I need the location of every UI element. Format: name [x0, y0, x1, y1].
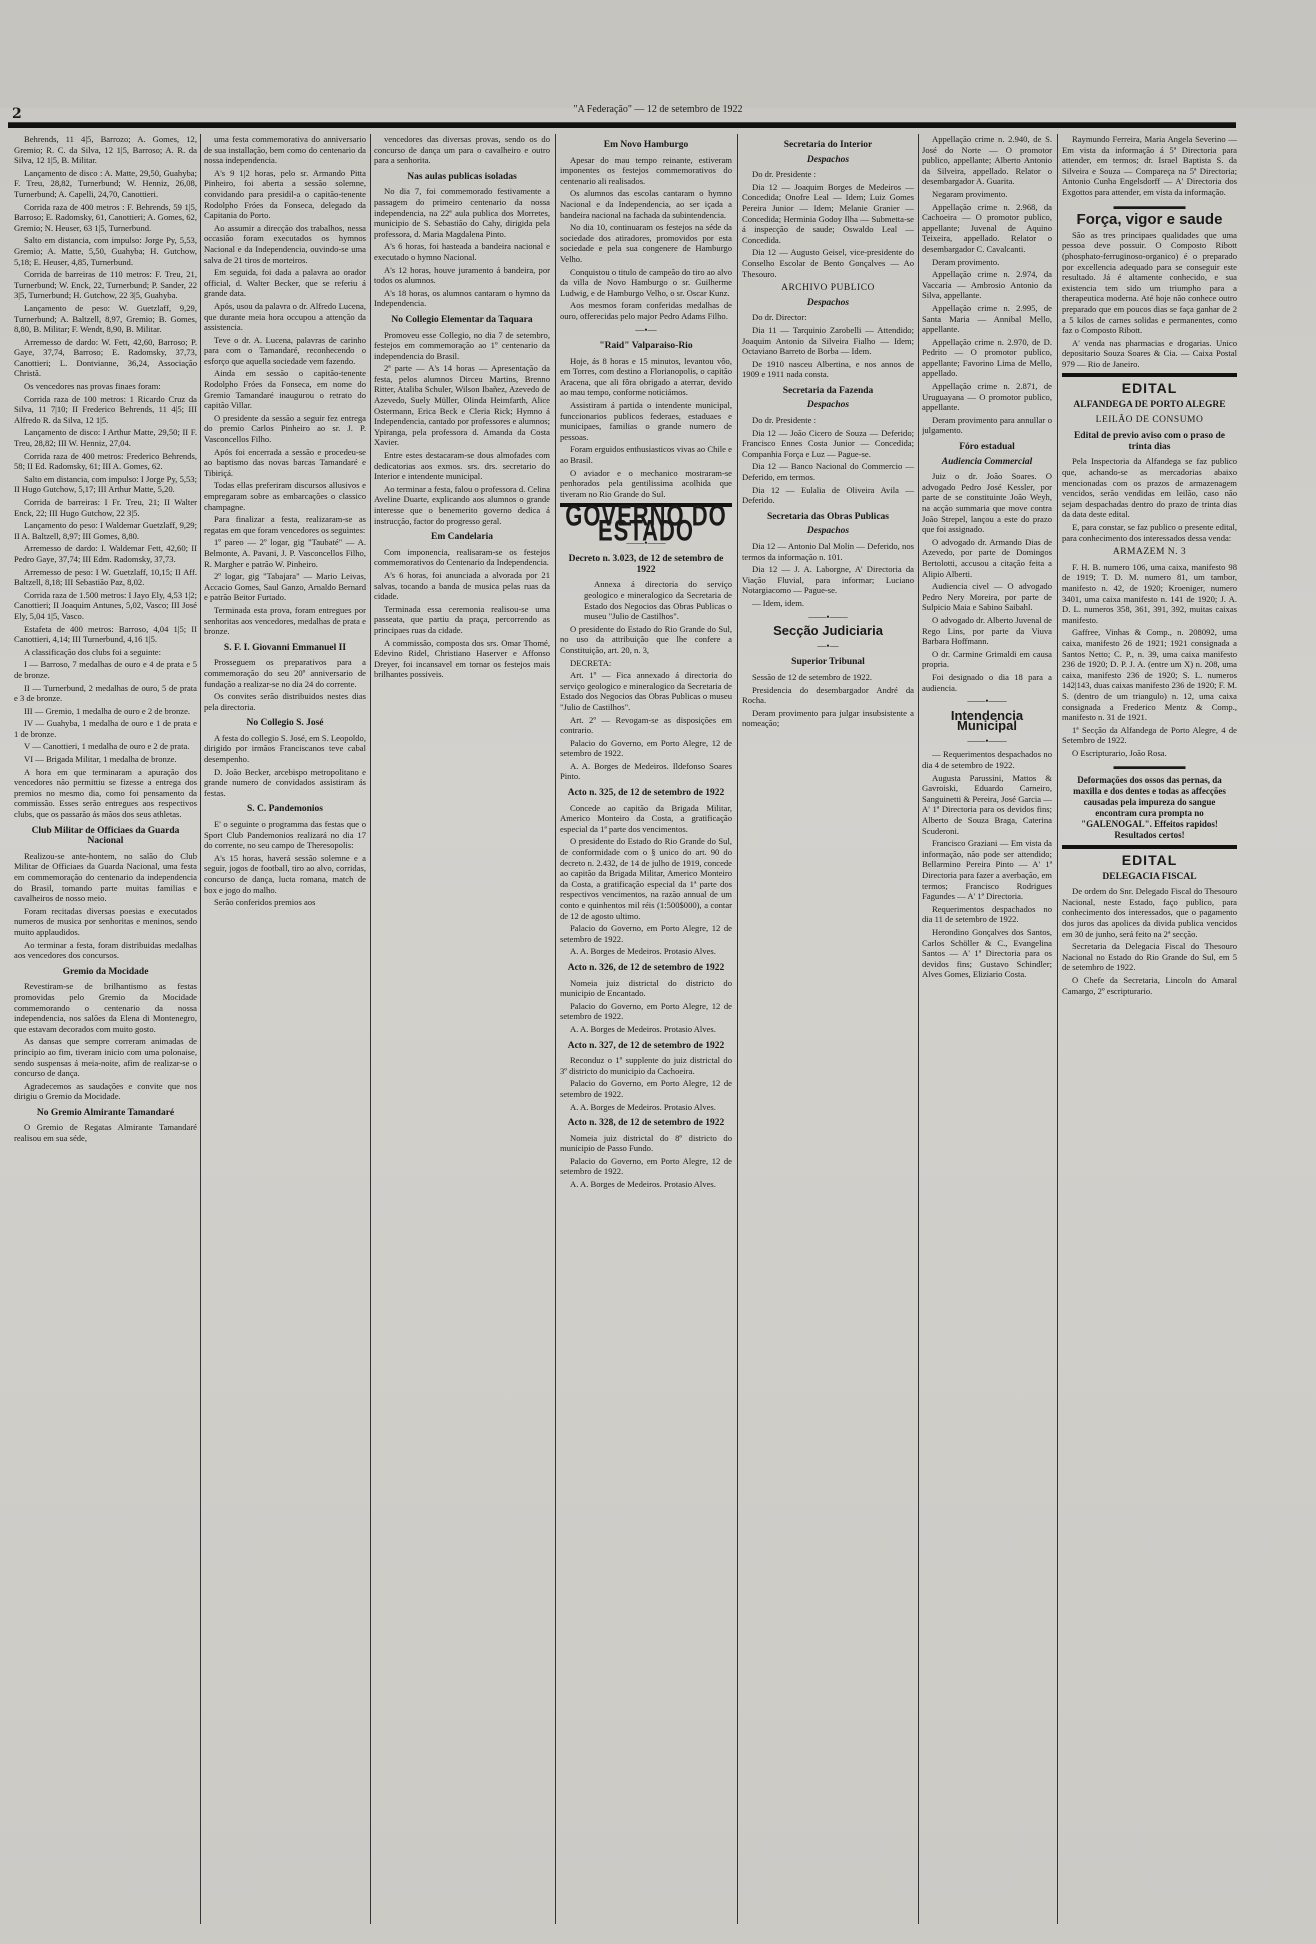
paragraph: Corrida raza de 100 metros: 1 Ricardo Cr… [14, 394, 197, 426]
paragraph: A's 18 horas, os alumnos cantaram o hymn… [374, 288, 550, 309]
paragraph: Promoveu esse Collegio, no dia 7 de sete… [374, 330, 550, 362]
paragraph: Palacio do Governo, em Porto Alegre, 12 … [560, 1001, 732, 1022]
paragraph: Raymundo Ferreira, Maria Angela Severino… [1062, 134, 1237, 198]
paragraph: Entre estes destacaram-se dous almofades… [374, 450, 550, 482]
gremio-mocidade-article: Revestiram-se de brilhantismo as festas … [14, 981, 197, 1102]
paragraph: Pela Inspectoria da Alfandega se faz pub… [1062, 456, 1237, 520]
alfandega-text: Pela Inspectoria da Alfandega se faz pub… [1062, 456, 1237, 543]
paragraph: Revestiram-se de brilhantismo as festas … [14, 981, 197, 1034]
paragraph: Nomeia juiz districtal do 8º districto d… [560, 1133, 732, 1154]
ad-galenogal: Deformações dos ossos das pernas, da max… [1062, 775, 1237, 841]
heading-armazem: ARMAZEM N. 3 [1062, 547, 1237, 558]
ornament-divider: ——•—— [922, 736, 1052, 747]
column-6: Appellação crime n. 2.940, de S. José do… [922, 134, 1052, 1919]
paragraph: Deram provimento para julgar insubsisten… [742, 708, 914, 729]
act-326-title: Acto n. 326, de 12 de setembro de 1922 [560, 963, 732, 974]
taquara-article: Promoveu esse Collegio, no dia 7 de sete… [374, 330, 550, 527]
paragraph: Arremesso de dardo: W. Fett, 42,60, Barr… [14, 337, 197, 379]
paragraph: Lançamento de peso: W. Guetzlaff, 9,29, … [14, 303, 197, 335]
edital-heading: EDITAL [1062, 383, 1237, 394]
paragraph: Foi designado o dia 18 para a audiencia. [922, 672, 1052, 693]
paragraph: Apesar do mau tempo reinante, estiveram … [560, 155, 732, 187]
heading-foro-estadual: Fóro estadual [922, 442, 1052, 453]
paragraph: A's 15 horas, haverá sessão solemne e a … [204, 853, 366, 895]
paragraph: Corrida raza de 400 metros : F. Behrends… [14, 202, 197, 234]
paragraph: 2ª parte — A's 14 horas — Apresentação d… [374, 363, 550, 448]
paragraph: Appellação crime n. 2.871, de Uruguayana… [922, 381, 1052, 413]
delegacia-text: De ordem do Snr. Delegado Fiscal do Thes… [1062, 886, 1237, 996]
paragraph: A. A. Borges de Medeiros. Protasio Alves… [560, 946, 732, 957]
heading-seccao-judiciaria: Secção Judiciaria [742, 626, 914, 637]
paragraph: Dia 12 — Banco Nacional do Commercio — D… [742, 461, 914, 482]
ornament-divider: —•— [742, 641, 914, 652]
paragraph: 1º pareo — 2º logar, gig "Taubaté" — A. … [204, 537, 366, 569]
paragraph: Com imponencia, realisaram-se os festejo… [374, 547, 550, 568]
pandemonios-article: E' o seguinte o programma das festas que… [204, 819, 366, 908]
heading-leilao: LEILÃO DE CONSUMO [1062, 415, 1237, 426]
paragraph: Ao terminar a festa, falou o professora … [374, 484, 550, 526]
paragraph: Aos mesmos foram conferidas medalhas de … [560, 300, 732, 321]
paragraph: vencedores das diversas provas, sendo os… [374, 134, 550, 166]
paragraph: A. A. Borges de Medeiros. Protasio Alves… [560, 1024, 732, 1035]
paragraph: Presidencia do desembargador André da Ro… [742, 685, 914, 706]
decree-text: O presidente do Estado do Rio Grande do … [560, 624, 732, 782]
heading-pandemonios: S. C. Pandemonios [204, 804, 366, 815]
paragraph: Corrida raza de 400 metros: Frederico Be… [14, 451, 197, 472]
audiencia-commercial-label: Audiencia Commercial [922, 457, 1052, 468]
candelaria-article: Com imponencia, realisaram-se os festejo… [374, 547, 550, 680]
paragraph: Dia 12 — Eulalia de Oliveira Avila — Def… [742, 485, 914, 506]
paragraph: Todas ellas preferiram discursos allusiv… [204, 480, 366, 512]
paragraph: Appellação crime n. 2.968, da Cachoeira … [922, 202, 1052, 255]
paragraph: Foram erguidos enthusiasticos vivas ao C… [560, 444, 732, 465]
continuation-text: vencedores das diversas provas, sendo os… [374, 134, 550, 166]
paragraph: Negaram provimento. [922, 189, 1052, 200]
paragraph: F. H. B. numero 106, uma caixa, manifest… [1062, 562, 1237, 626]
paragraph: Requerimentos despachados no dia 11 de s… [922, 904, 1052, 925]
paragraph: A commissão, composta dos srs. Omar Thom… [374, 638, 550, 680]
heading-secretaria-fazenda: Secretaria da Fazenda [742, 386, 914, 397]
heading-raid: "Raid" Valparaiso-Rio [560, 341, 732, 352]
paragraph: Foram recitadas diversas poesias e execu… [14, 906, 197, 938]
paragraph: — Requerimentos despachados no dia 4 de … [922, 749, 1052, 770]
newspaper-page: 2 "A Federação" — 12 de setembro de 1922… [0, 0, 1316, 1944]
ornament-divider: ▬▬▬▬▬▬▬▬ [1062, 761, 1237, 772]
column-divider [1057, 134, 1058, 1924]
do-presidente-label: Do dr. Presidente : [742, 415, 914, 426]
act-327-text: Reconduz o 1º supplente do juiz district… [560, 1055, 732, 1112]
paragraph: A's 12 horas, houve juramento á bandeira… [374, 265, 550, 286]
paragraph: Reconduz o 1º supplente do juiz district… [560, 1055, 732, 1076]
governo-estado-banner: GOVERNO DO ESTADO [560, 510, 732, 539]
paragraph: — Idem, idem. [742, 598, 914, 609]
armazem-text: F. H. B. numero 106, uma caixa, manifest… [1062, 562, 1237, 759]
paragraph: DECRETA: [560, 658, 732, 669]
interior-despachos: Dia 12 — Joaquim Borges de Medeiros — Co… [742, 182, 914, 279]
section-rule [1062, 373, 1237, 377]
paragraph: Após foi encerrada a sessão e procedeu-s… [204, 447, 366, 479]
ornament-divider: ——•—— [922, 696, 1052, 707]
paragraph: O presidente do Estado do Rio Grande do … [560, 624, 732, 656]
paragraph: Ao terminar a festa, foram distribuidas … [14, 940, 197, 961]
paragraph: 1ª Secção da Alfandega de Porto Alegre, … [1062, 725, 1237, 746]
paragraph: III — Gremio, 1 medalha de ouro e 2 de b… [14, 706, 197, 717]
paragraph: Art. 2º — Revogam-se as disposições em c… [560, 715, 732, 736]
act-328-text: Nomeia juiz districtal do 8º districto d… [560, 1133, 732, 1190]
despachos-label: Despachos [742, 400, 914, 411]
paragraph: Herondino Gonçalves dos Santos, Carlos S… [922, 927, 1052, 980]
paragraph: Conquistou o titulo de campeão do tiro a… [560, 267, 732, 299]
paragraph: Para finalizar a festa, realizaram-se as… [204, 514, 366, 535]
heading-alfandega: ALFANDEGA DE PORTO ALEGRE [1062, 400, 1237, 411]
judiciaria-text: Sessão de 12 de setembro de 1922.Preside… [742, 672, 914, 729]
act-328-title: Acto n. 328, de 12 de setembro de 1922 [560, 1118, 732, 1129]
paragraph: Lançamento de disco : A. Matte, 29,50, G… [14, 168, 197, 200]
paragraph: Ao assumir a direcção dos trabalhos, nes… [204, 223, 366, 265]
fazenda-despachos: Dia 12 — João Cicero de Souza — Deferido… [742, 428, 914, 506]
decree-summary: Annexa á directoria do serviço geologico… [560, 579, 732, 621]
despachos-label: Despachos [742, 298, 914, 309]
club-militar-article: Realizou-se ante-hontem, no salão do Clu… [14, 851, 197, 961]
paragraph: O Escripturario, João Rosa. [1062, 748, 1237, 759]
paragraph: De ordem do Snr. Delegado Fiscal do Thes… [1062, 886, 1237, 939]
paragraph: Corrida raza de 1.500 metros: I Jayo Ely… [14, 590, 197, 622]
paragraph: Realizou-se ante-hontem, no salão do Clu… [14, 851, 197, 904]
paragraph: Appellação crime n. 2.940, de S. José do… [922, 134, 1052, 187]
paragraph: Behrends, 11 4|5, Barrozo; A. Gomes, 12,… [14, 134, 197, 166]
heading-collegio-taquara: No Collegio Elementar da Taquara [374, 315, 550, 326]
column-divider [737, 134, 738, 1924]
edital-prazo: Edital de previo aviso com o praso de tr… [1062, 431, 1237, 452]
paragraph: A. A. Borges de Medeiros. Protasio Alves… [560, 1179, 732, 1190]
column-3: vencedores das diversas provas, sendo os… [374, 134, 550, 1919]
paragraph: 2º logar, gig "Tabajara" — Mario Leivas,… [204, 571, 366, 603]
paragraph: Os alumnos das escolas cantaram o hymno … [560, 188, 732, 220]
do-director-label: Do dr. Director: [742, 312, 914, 323]
paragraph: Audiencia civel — O advogado Pedro Nery … [922, 581, 1052, 613]
despachos-label: Despachos [742, 155, 914, 166]
paragraph: II — Turnerbund, 2 medalhas de ouro, 5 d… [14, 683, 197, 704]
heading-aulas-publicas: Nas aulas publicas isoladas [374, 172, 550, 183]
paragraph: Após, usou da palavra o dr. Alfredo Luce… [204, 301, 366, 333]
paragraph: Appellação crime n. 2.995, de Santa Mari… [922, 303, 1052, 335]
heading-superior-tribunal: Superior Tribunal [742, 657, 914, 668]
paragraph: Deram provimento para annullar o julgame… [922, 415, 1052, 436]
ornament-divider: ——•—— [742, 612, 914, 623]
paragraph: A festa do collegio S. José, em S. Leopo… [204, 733, 366, 765]
paragraph: No dia 7, foi commemorado festivamente a… [374, 186, 550, 239]
paragraph: Ainda em sessão o capitão-tenente Rodolp… [204, 368, 366, 410]
paragraph: A' venda nas pharmacias e drogarias. Uni… [1062, 338, 1237, 370]
paragraph: Agradecemos as saudações e convite que n… [14, 1081, 197, 1102]
paragraph: O advogado dr. Armando Dias de Azevedo, … [922, 537, 1052, 579]
paragraph: E, para constar, se faz publico o presen… [1062, 522, 1237, 543]
paragraph: Terminada essa ceremonia realisou-se uma… [374, 604, 550, 636]
act-326-text: Nomeia juiz districtal do districto do m… [560, 978, 732, 1035]
collegio-jose-article: A festa do collegio S. José, em S. Leopo… [204, 733, 366, 799]
heading-giovanni: S. F. I. Giovanni Emmanuel II [204, 643, 366, 654]
masthead-rule [8, 122, 1236, 128]
novo-hamburgo-article: Apesar do mau tempo reinante, estiveram … [560, 155, 732, 322]
paragraph: Dia 12 — J. A. Laborgne, A' Directoria d… [742, 564, 914, 596]
aulas-article: No dia 7, foi commemorado festivamente a… [374, 186, 550, 309]
heading-candelaria: Em Candelaria [374, 532, 550, 543]
paragraph: Art. 1º — Fica annexado á directoria do … [560, 670, 732, 712]
gremio-tamandare-text: O Gremio de Regatas Almirante Tamandaré … [14, 1122, 197, 1143]
paragraph: Palacio do Governo, em Porto Alegre, 12 … [560, 738, 732, 759]
paragraph: Juiz o dr. João Soares. O advogado Pedro… [922, 471, 1052, 535]
heading-club-militar: Club Militar de Officiaes da Guarda Naci… [14, 826, 197, 847]
column-7: Raymundo Ferreira, Maria Angela Severino… [1062, 134, 1237, 1919]
intendencia-text: — Requerimentos despachados no dia 4 de … [922, 749, 1052, 979]
ad-text: São as tres principaes qualidades que um… [1062, 230, 1237, 370]
paragraph: Francisco Graziani — Em vista da informa… [922, 838, 1052, 902]
heading-novo-hamburgo: Em Novo Hamburgo [560, 140, 732, 151]
paragraph: Arremesso de peso: I W. Guetzlaff, 10,15… [14, 567, 197, 588]
heading-secretaria-interior: Secretaria do Interior [742, 140, 914, 151]
appellations: Appellação crime n. 2.940, de S. José do… [922, 134, 1052, 436]
paragraph: Em seguida, foi dada a palavra ao orador… [204, 267, 366, 299]
paragraph: Palacio do Governo, em Porto Alegre, 12 … [560, 1156, 732, 1177]
paragraph: Sessão de 12 de setembro de 1922. [742, 672, 914, 683]
paragraph: A hora em que terminaram a apuração dos … [14, 767, 197, 820]
intendencia-banner: Intendencia Municipal [922, 711, 1052, 732]
heading-collegio-jose: No Collegio S. José [204, 718, 366, 729]
heading-gremio-mocidade: Gremio da Mocidade [14, 967, 197, 978]
paragraph: O dr. Carmine Grimaldi em causa propria. [922, 649, 1052, 670]
act-325-text: Concede ao capitão da Brigada Militar, A… [560, 803, 732, 957]
paragraph: Lançamento do peso: I Waldemar Guetzlaff… [14, 520, 197, 541]
paragraph: Dia 12 — Augusto Geisel, vice-presidente… [742, 247, 914, 279]
athletics-results: Behrends, 11 4|5, Barrozo; A. Gomes, 12,… [14, 134, 197, 820]
column-1: Behrends, 11 4|5, Barrozo; A. Gomes, 12,… [14, 134, 197, 1919]
paragraph: De 1910 nasceu Albertina, e nos annos de… [742, 359, 914, 380]
paragraph: Salto em distancia, com impulso: I Jorge… [14, 474, 197, 495]
paragraph: O presidente da sessão a seguir fez entr… [204, 413, 366, 445]
paragraph: Dia 12 — Joaquim Borges de Medeiros — Co… [742, 182, 914, 246]
paragraph: Dia 11 — Tarquinio Zarobelli — Attendido… [742, 325, 914, 357]
heading-obras-publicas: Secretaria das Obras Publicas [742, 512, 914, 523]
tamandare-article: uma festa commemorativa do anniversario … [204, 134, 366, 637]
paragraph: A classificação dos clubs foi a seguinte… [14, 647, 197, 658]
paragraph: No dia 10, continuaram os festejos na sé… [560, 222, 732, 264]
paragraph: D. João Becker, arcebispo metropolitano … [204, 767, 366, 799]
paragraph: Teve o dr. A. Lucena, palavras de carinh… [204, 335, 366, 367]
heading-archivo-publico: ARCHIVO PUBLICO [742, 283, 914, 294]
continuation-text: Raymundo Ferreira, Maria Angela Severino… [1062, 134, 1237, 198]
obras-despachos: Dia 12 — Antonio Dal Molin — Deferido, n… [742, 541, 914, 609]
column-divider [918, 134, 919, 1924]
paragraph: A's 9 1|2 horas, pelo sr. Armando Pitta … [204, 168, 366, 221]
paragraph: O aviador e o mechanico mostraram-se pen… [560, 468, 732, 500]
paragraph: Secretaria da Delegacia Fiscal do Thesou… [1062, 941, 1237, 973]
paragraph: Appellação crime n. 2.970, de D. Pedrito… [922, 337, 1052, 379]
paragraph: A. A. Borges de Medeiros. Protasio Alves… [560, 1102, 732, 1113]
column-divider [370, 134, 371, 1924]
paragraph: Prosseguem os preparativos para a commem… [204, 657, 366, 689]
ad-headline-forca-vigor: Força, vigor e saude [1062, 215, 1237, 226]
paragraph: IV — Guahyba, 1 medalha de ouro e 1 de p… [14, 718, 197, 739]
section-rule [1062, 845, 1237, 849]
decree-title: Decreto n. 3.023, de 12 de setembro de 1… [560, 554, 732, 575]
paragraph: A's 6 horas, foi anunciada a alvorada po… [374, 570, 550, 602]
paragraph: uma festa commemorativa do anniversario … [204, 134, 366, 166]
paragraph: Palacio do Governo, em Porto Alegre, 12 … [560, 1078, 732, 1099]
raid-article: Hoje, ás 8 horas e 15 minutos, levantou … [560, 356, 732, 500]
paragraph: V — Canottieri, 1 medalha de ouro e 2 de… [14, 741, 197, 752]
paragraph: Palacio do Governo, em Porto Alegre, 12 … [560, 923, 732, 944]
giovanni-article: Prosseguem os preparativos para a commem… [204, 657, 366, 712]
column-4: Em Novo Hamburgo Apesar do mau tempo rei… [560, 134, 732, 1919]
paragraph: Augusta Parussini, Mattos & Gavroiski, E… [922, 773, 1052, 837]
paragraph: O advogado dr. Alberto Juvenal de Rego L… [922, 615, 1052, 647]
heading-delegacia-fiscal: DELEGACIA FISCAL [1062, 872, 1237, 883]
ornament-divider: —•— [560, 325, 732, 336]
paragraph: Arremesso de dardo: I. Waldemar Fett, 42… [14, 543, 197, 564]
paragraph: Terminada esta prova, foram entregues po… [204, 605, 366, 637]
paragraph: Os vencedores nas provas finaes foram: [14, 381, 197, 392]
column-divider [555, 134, 556, 1924]
paragraph: São as tres principaes qualidades que um… [1062, 230, 1237, 336]
paragraph: Serão conferidos premios aos [204, 897, 366, 908]
paragraph: As dansas que sempre correram animadas d… [14, 1036, 197, 1078]
column-5: Secretaria do Interior Despachos Do dr. … [742, 134, 914, 1919]
despachos-label: Despachos [742, 526, 914, 537]
paragraph: Nomeia juiz districtal do districto do m… [560, 978, 732, 999]
column-divider [200, 134, 201, 1924]
paragraph: Appellação crime n. 2.974, da Vaccaria —… [922, 269, 1052, 301]
paragraph: Corrida de barreiras: I Fr. Treu, 21; II… [14, 497, 197, 518]
paragraph: Assistiram á partida o intendente munici… [560, 400, 732, 442]
paragraph: Hoje, ás 8 horas e 15 minutos, levantou … [560, 356, 732, 398]
foro-text: Juiz o dr. João Soares. O advogado Pedro… [922, 471, 1052, 693]
paragraph: Estafeta de 400 metros: Barroso, 4,04 1|… [14, 624, 197, 645]
ornament-divider: ▬▬▬▬▬▬▬▬ [1062, 201, 1237, 212]
paragraph: Salto em distancia, com impulso: Jorge P… [14, 235, 197, 267]
paragraph: Concede ao capitão da Brigada Militar, A… [560, 803, 732, 835]
masthead-title: "A Federação" — 12 de setembro de 1922 [0, 104, 1316, 115]
paragraph: Corrida de barreiras de 110 metros: F. T… [14, 269, 197, 301]
act-325-title: Acto n. 325, de 12 de setembro de 1922 [560, 788, 732, 799]
paragraph: Gaffree, Vinhas & Comp., n. 208092, uma … [1062, 627, 1237, 722]
paragraph: Os convites serão distribuidos nestes di… [204, 691, 366, 712]
paragraph: Deram provimento. [922, 257, 1052, 268]
column-2: uma festa commemorativa do anniversario … [204, 134, 366, 1919]
heading-gremio-tamandare: No Gremio Almirante Tamandaré [14, 1108, 197, 1119]
paragraph: A's 6 horas, foi hasteada a bandeira nac… [374, 241, 550, 262]
paragraph: E' o seguinte o programma das festas que… [204, 819, 366, 851]
paragraph: Lançamento de disco: I Arthur Matte, 29,… [14, 427, 197, 448]
paragraph: A. A. Borges de Medeiros. Ildefonso Soar… [560, 761, 732, 782]
edital-heading: EDITAL [1062, 855, 1237, 866]
paragraph: O presidente do Estado do Rio Grande do … [560, 836, 732, 921]
paragraph: Dia 12 — Antonio Dal Molin — Deferido, n… [742, 541, 914, 562]
paragraph: O Chefe da Secretaria, Lincoln do Amaral… [1062, 975, 1237, 996]
paragraph: I — Barroso, 7 medalhas de ouro e 4 de p… [14, 659, 197, 680]
do-presidente-label: Do dr. Presidente : [742, 169, 914, 180]
act-327-title: Acto n. 327, de 12 de setembro de 1922 [560, 1041, 732, 1052]
scan-margin [0, 0, 1316, 108]
archivo-despachos: Dia 11 — Tarquinio Zarobelli — Attendido… [742, 325, 914, 380]
paragraph: VI — Brigada Militar, 1 medalha de bronz… [14, 754, 197, 765]
paragraph: Dia 12 — João Cicero de Souza — Deferido… [742, 428, 914, 460]
